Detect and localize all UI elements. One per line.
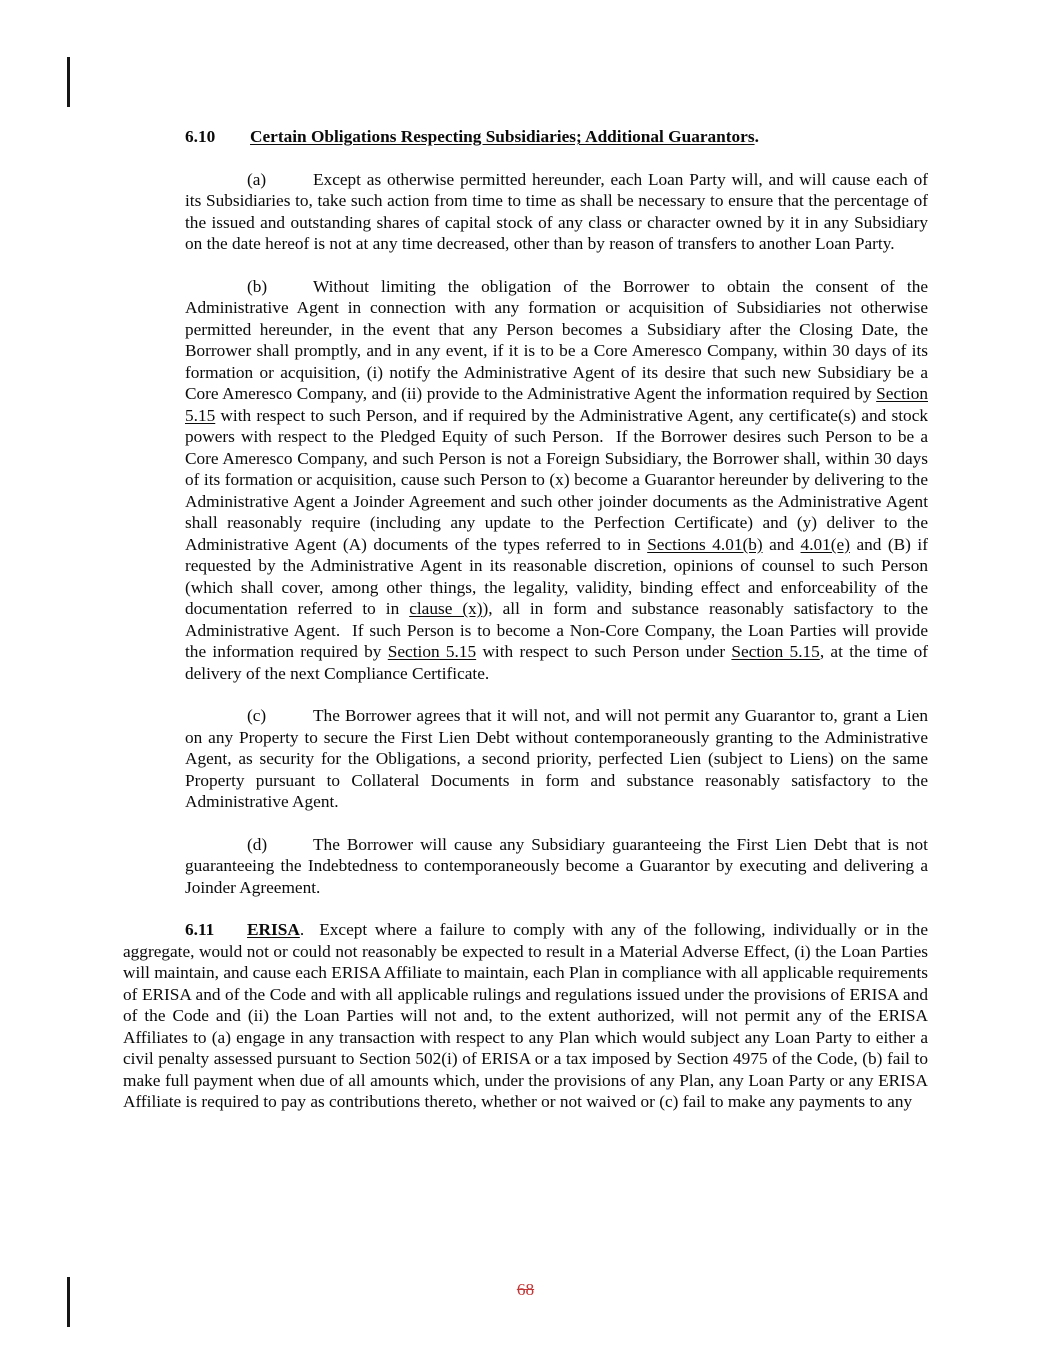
section-title: Certain Obligations Respecting Subsidiar… xyxy=(250,127,755,146)
page-body: 6.10Certain Obligations Respecting Subsi… xyxy=(123,126,928,1113)
page-number: 68 xyxy=(517,1280,534,1299)
paragraph-b-text: Without limiting the obligation of the B… xyxy=(185,277,928,683)
paragraph-a: (a)Except as otherwise permitted hereund… xyxy=(185,169,928,255)
section-6-11: 6.11ERISA. Except where a failure to com… xyxy=(123,919,928,1113)
paragraph-c: (c)The Borrower agrees that it will not,… xyxy=(185,705,928,813)
paragraph-d-label: (d) xyxy=(247,834,313,856)
paragraph-c-label: (c) xyxy=(247,705,313,727)
section-6-11-number: 6.11 xyxy=(185,919,247,941)
paragraph-a-label: (a) xyxy=(247,169,313,191)
section-6-11-text: ERISA. Except where a failure to comply … xyxy=(123,920,928,1111)
paragraph-b: (b)Without limiting the obligation of th… xyxy=(185,276,928,685)
section-number: 6.10 xyxy=(185,126,250,148)
paragraph-b-label: (b) xyxy=(247,276,313,298)
section-heading-6-10: 6.10Certain Obligations Respecting Subsi… xyxy=(123,126,928,148)
revision-change-bar-top xyxy=(67,57,70,107)
page-footer: 68 xyxy=(123,1280,928,1300)
document-page: 6.10Certain Obligations Respecting Subsi… xyxy=(0,0,1055,1365)
paragraph-d: (d)The Borrower will cause any Subsidiar… xyxy=(185,834,928,899)
revision-change-bar-bottom xyxy=(67,1277,70,1327)
section-title-period: . xyxy=(755,127,759,146)
